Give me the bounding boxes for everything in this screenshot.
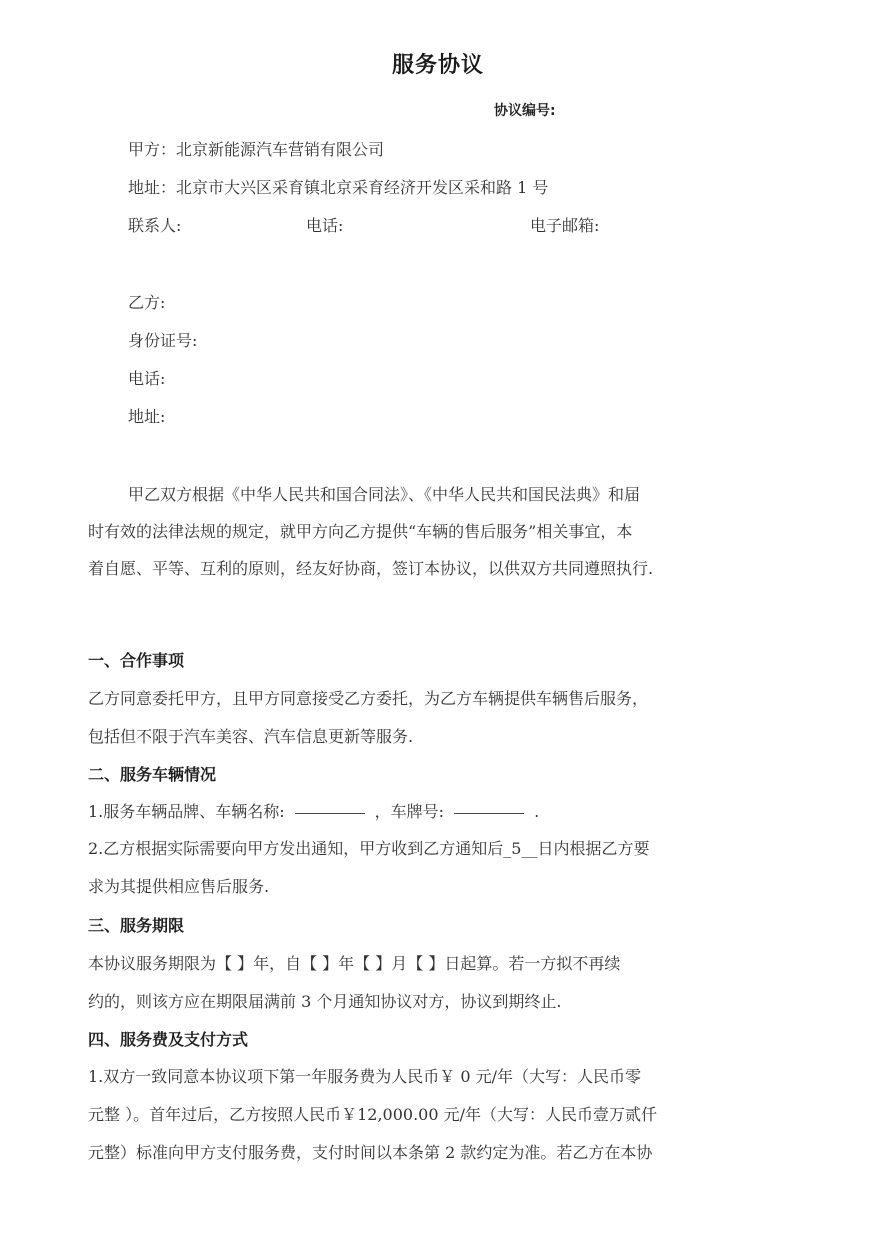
item-2-suffix: 日内根据乙方要	[537, 839, 649, 858]
section-2-item-1: 1.服务车辆品牌、车辆名称:，车牌号:.	[88, 799, 788, 822]
section-3-line: 本协议服务期限为【 】年，自【 】年【 】月【 】日起算。若一方拟不再续	[88, 951, 788, 974]
preamble-line: 时有效的法律法规的规定，就甲方向乙方提供“车辆的售后服务”相关事宜，本	[88, 519, 788, 542]
party-b-phone-label: 电话:	[128, 366, 165, 389]
section-2-item-2-line2: 求为其提供相应售后服务.	[88, 874, 788, 897]
section-4-line: 元整）标准向甲方支付服务费，支付时间以本条第 2 款约定为准。若乙方在本协	[88, 1140, 788, 1163]
preamble-line: 甲乙双方根据《中华人民共和国合同法》、《中华人民共和国民法典》和届	[128, 482, 828, 505]
vehicle-name-blank	[295, 812, 365, 814]
party-a-email-label: 电子邮箱:	[530, 213, 599, 236]
preamble-line: 着自愿、平等、互利的原则，经友好协商，签订本协议，以供双方共同遵照执行.	[88, 556, 788, 579]
party-a-contact-label: 联系人:	[128, 213, 181, 236]
section-3-line: 约的，则该方应在期限届满前 3 个月通知协议对方，协议到期终止.	[88, 989, 788, 1012]
section-heading-cooperation: 一、合作事项	[88, 648, 184, 671]
party-a-address: 地址：北京市大兴区采育镇北京采育经济开发区采和路 1 号	[128, 175, 548, 198]
item-2-prefix: 2.乙方根据实际需要向甲方发出通知，甲方收到乙方通知后	[88, 839, 503, 858]
section-4-line: 1.双方一致同意本协议项下第一年服务费为人民币￥ 0 元/年（大写：人民币零	[88, 1064, 788, 1087]
document-page: 服务协议 协议编号: 甲方：北京新能源汽车营销有限公司 地址：北京市大兴区采育镇…	[0, 0, 876, 1248]
section-1-line: 包括但不限于汽车美容、汽车信息更新等服务.	[88, 724, 788, 747]
section-heading-fees: 四、服务费及支付方式	[88, 1027, 248, 1050]
party-a-name: 甲方：北京新能源汽车营销有限公司	[128, 137, 384, 160]
item-1-prefix: 1.服务车辆品牌、车辆名称:	[88, 802, 285, 821]
section-4-line: 元整 ）。首年过后，乙方按照人民币￥12,000.00 元/年（大写：人民币壹万…	[88, 1102, 788, 1125]
plate-number-blank	[454, 812, 524, 814]
party-b-label: 乙方:	[128, 290, 165, 313]
section-1-line: 乙方同意委托甲方，且甲方同意接受乙方委托，为乙方车辆提供车辆售后服务，	[88, 686, 788, 709]
section-heading-term: 三、服务期限	[88, 913, 184, 936]
party-b-address-label: 地址:	[128, 404, 165, 427]
section-2-item-2: 2.乙方根据实际需要向甲方发出通知，甲方收到乙方通知后_5__日内根据乙方要	[88, 836, 788, 859]
party-a-phone-label: 电话:	[306, 213, 343, 236]
item-1-middle: ，车牌号:	[375, 802, 444, 821]
party-b-id-label: 身份证号:	[128, 328, 197, 351]
document-title: 服务协议	[0, 48, 876, 79]
days-value: _5__	[503, 839, 537, 858]
section-heading-vehicle: 二、服务车辆情况	[88, 762, 216, 785]
agreement-number-label: 协议编号:	[494, 100, 556, 120]
item-1-suffix: .	[534, 802, 539, 821]
